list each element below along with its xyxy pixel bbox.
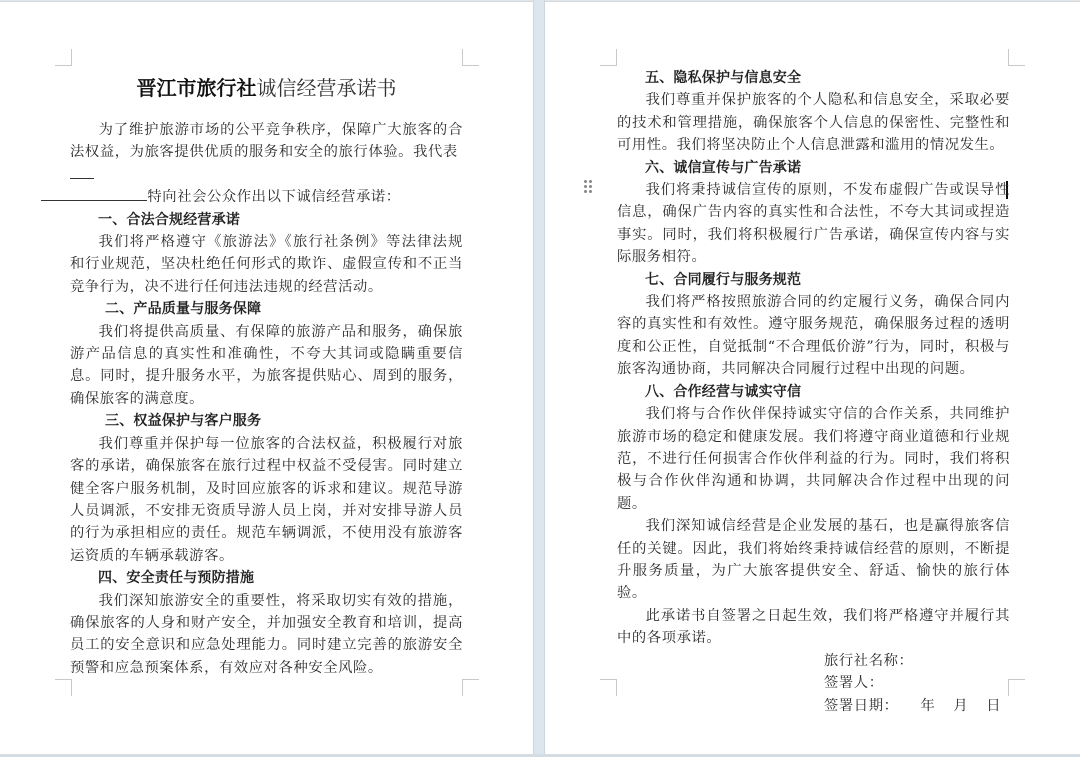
date-year: 年	[920, 698, 935, 714]
margin-corner-mark	[462, 679, 479, 696]
section-body-1: 我们将严格遵守《旅游法》《旅行社条例》等法律法规和行业规范，坚决杜绝任何形式的欺…	[70, 231, 463, 298]
closing-paragraph-2: 此承诺书自签署之日起生效，我们将严格遵守并履行其中的各项承诺。	[617, 605, 1010, 650]
section-heading-7: 七、合同履行与服务规范	[617, 269, 1010, 291]
sign-date-line: 签署日期：年月日	[824, 695, 1010, 718]
section-body-8: 我们将与合作伙伴保持诚实守信的合作关系，共同维护旅游市场的稳定和健康发展。我们将…	[617, 403, 1010, 515]
margin-corner-mark	[462, 49, 479, 66]
section-body-6[interactable]: 我们将秉持诚信宣传的原则，不发布虚假广告或误导性信息，确保广告内容的真实性和合法…	[617, 179, 1010, 269]
representative-blank-line-2[interactable]	[41, 186, 147, 201]
date-day: 日	[986, 698, 1001, 714]
section-heading-4: 四、安全责任与预防措施	[70, 567, 463, 589]
section-body-5: 我们尊重并保护旅客的个人隐私和信息安全，采取必要的技术和管理措施，确保旅客个人信…	[617, 89, 1010, 156]
margin-corner-mark	[600, 679, 617, 696]
section-body-2: 我们将提供高质量、有保障的旅游产品和服务，确保旅游产品信息的真实性和准确性，不夸…	[70, 321, 463, 411]
document-page-2: 五、隐私保护与信息安全 我们尊重并保护旅客的个人隐私和信息安全，采取必要的技术和…	[545, 1, 1080, 755]
signature-block: 旅行社名称： 签署人： 签署日期：年月日	[824, 650, 1010, 718]
intro-text: 为了维护旅游市场的公平竞争秩序，保障广大旅客的合法权益，为旅客提供优质的服务和安…	[70, 122, 463, 160]
document-page-1: 晋江市旅行社诚信经营承诺书 为了维护旅游市场的公平竞争秩序，保障广大旅客的合法权…	[0, 1, 533, 755]
margin-corner-mark	[55, 49, 72, 66]
section-heading-5: 五、隐私保护与信息安全	[617, 67, 1010, 89]
title-agency-name: 晋江市旅行社	[137, 76, 257, 100]
section-heading-1: 一、合法合规经营承诺	[70, 209, 463, 231]
section-body-7: 我们将严格按照旅游合同的约定履行义务，确保合同内容的真实性和有效性。遵守服务规范…	[617, 291, 1010, 381]
title-text: 诚信经营承诺书	[257, 76, 397, 100]
page-gap	[533, 0, 545, 757]
document-title: 晋江市旅行社诚信经营承诺书	[70, 73, 463, 103]
margin-corner-mark	[600, 49, 617, 66]
section-heading-3: 三、权益保护与客户服务	[70, 410, 463, 432]
page-2-text[interactable]: 五、隐私保护与信息安全 我们尊重并保护旅客的个人隐私和信息安全，采取必要的技术和…	[617, 67, 1010, 717]
page-1-text[interactable]: 晋江市旅行社诚信经营承诺书 为了维护旅游市场的公平竞争秩序，保障广大旅客的合法权…	[70, 68, 463, 679]
paragraph-drag-handle-icon[interactable]	[584, 180, 594, 194]
sign-date-label: 签署日期：	[824, 698, 898, 714]
section-heading-8: 八、合作经营与诚实守信	[617, 381, 1010, 403]
representative-blank-line[interactable]	[70, 164, 94, 179]
signer-label: 签署人：	[824, 672, 1010, 695]
date-month: 月	[953, 698, 968, 714]
section-heading-2: 二、产品质量与服务保障	[70, 298, 463, 320]
section-body-3: 我们尊重并保护每一位旅客的合法权益，积极履行对旅客的承诺，确保旅客在旅行过程中权…	[70, 433, 463, 567]
intro-paragraph: 为了维护旅游市场的公平竞争秩序，保障广大旅客的合法权益，为旅客提供优质的服务和安…	[70, 119, 463, 209]
agency-name-label: 旅行社名称：	[824, 650, 1010, 673]
section-heading-6: 六、诚信宣传与广告承诺	[617, 157, 1010, 179]
closing-paragraph-1: 我们深知诚信经营是企业发展的基石，也是赢得旅客信任的关键。因此，我们将始终秉持诚…	[617, 515, 1010, 605]
margin-corner-mark	[1008, 49, 1025, 66]
margin-corner-mark	[1008, 679, 1025, 696]
intro-text-2: 特向社会公众作出以下诚信经营承诺：	[147, 189, 400, 205]
margin-corner-mark	[55, 679, 72, 696]
section-body-4: 我们深知旅游安全的重要性，将采取切实有效的措施，确保旅客的人身和财产安全，并加强…	[70, 590, 463, 680]
